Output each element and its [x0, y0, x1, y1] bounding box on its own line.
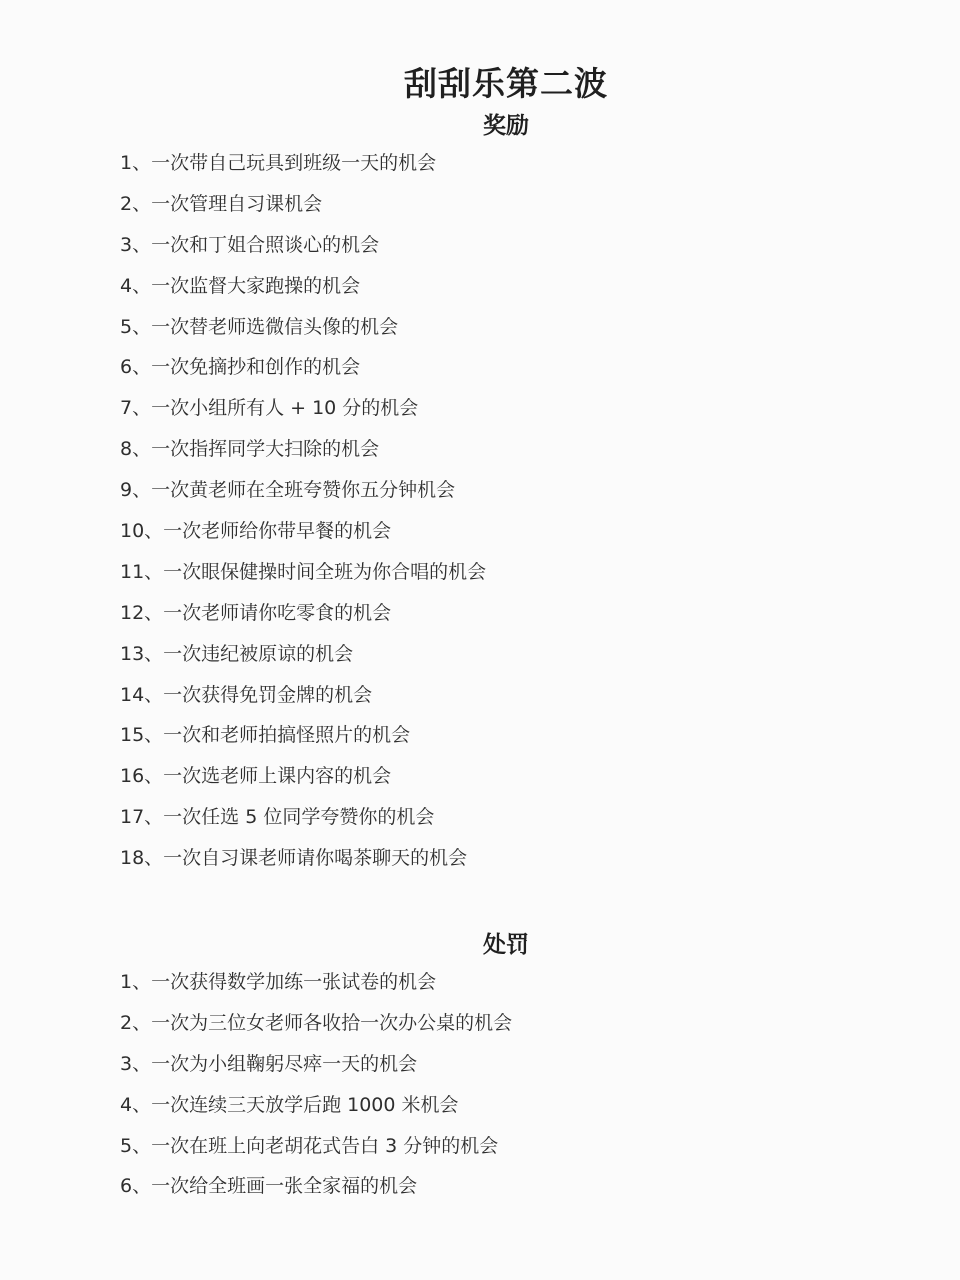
reward-item: 7、一次小组所有人 + 10 分的机会 [120, 393, 486, 434]
reward-item: 2、一次管理自习课机会 [120, 189, 486, 230]
reward-item: 16、一次选老师上课内容的机会 [120, 761, 486, 802]
reward-item: 4、一次监督大家跑操的机会 [120, 271, 486, 312]
reward-item: 18、一次自习课老师请你喝茶聊天的机会 [120, 843, 486, 884]
penalty-item: 5、一次在班上向老胡花式告白 3 分钟的机会 [120, 1131, 512, 1172]
reward-item: 17、一次任选 5 位同学夸赞你的机会 [120, 802, 486, 843]
document-page: 刮刮乐第二波 奖励 1、一次带自己玩具到班级一天的机会 2、一次管理自习课机会 … [0, 0, 960, 1280]
penalty-item: 4、一次连续三天放学后跑 1000 米机会 [120, 1090, 512, 1131]
penalty-item: 3、一次为小组鞠躬尽瘁一天的机会 [120, 1049, 512, 1090]
reward-item: 14、一次获得免罚金牌的机会 [120, 680, 486, 721]
reward-item: 15、一次和老师拍搞怪照片的机会 [120, 720, 486, 761]
rewards-list: 1、一次带自己玩具到班级一天的机会 2、一次管理自习课机会 3、一次和丁姐合照谈… [120, 148, 486, 884]
reward-item: 12、一次老师请你吃零食的机会 [120, 598, 486, 639]
penalties-list: 1、一次获得数学加练一张试卷的机会 2、一次为三位女老师各收拾一次办公桌的机会 … [120, 967, 512, 1212]
reward-item: 9、一次黄老师在全班夸赞你五分钟机会 [120, 475, 486, 516]
penalty-item: 1、一次获得数学加练一张试卷的机会 [120, 967, 512, 1008]
reward-item: 11、一次眼保健操时间全班为你合唱的机会 [120, 557, 486, 598]
reward-item: 5、一次替老师选微信头像的机会 [120, 312, 486, 353]
reward-item: 3、一次和丁姐合照谈心的机会 [120, 230, 486, 271]
reward-item: 13、一次违纪被原谅的机会 [120, 639, 486, 680]
penalty-item: 6、一次给全班画一张全家福的机会 [120, 1171, 512, 1212]
document-title: 刮刮乐第二波 [0, 58, 960, 105]
reward-item: 6、一次免摘抄和创作的机会 [120, 352, 486, 393]
penalty-item: 2、一次为三位女老师各收拾一次办公桌的机会 [120, 1008, 512, 1049]
penalties-heading: 处罚 [0, 926, 960, 959]
reward-item: 1、一次带自己玩具到班级一天的机会 [120, 148, 486, 189]
reward-item: 8、一次指挥同学大扫除的机会 [120, 434, 486, 475]
rewards-heading: 奖励 [0, 107, 960, 140]
reward-item: 10、一次老师给你带早餐的机会 [120, 516, 486, 557]
